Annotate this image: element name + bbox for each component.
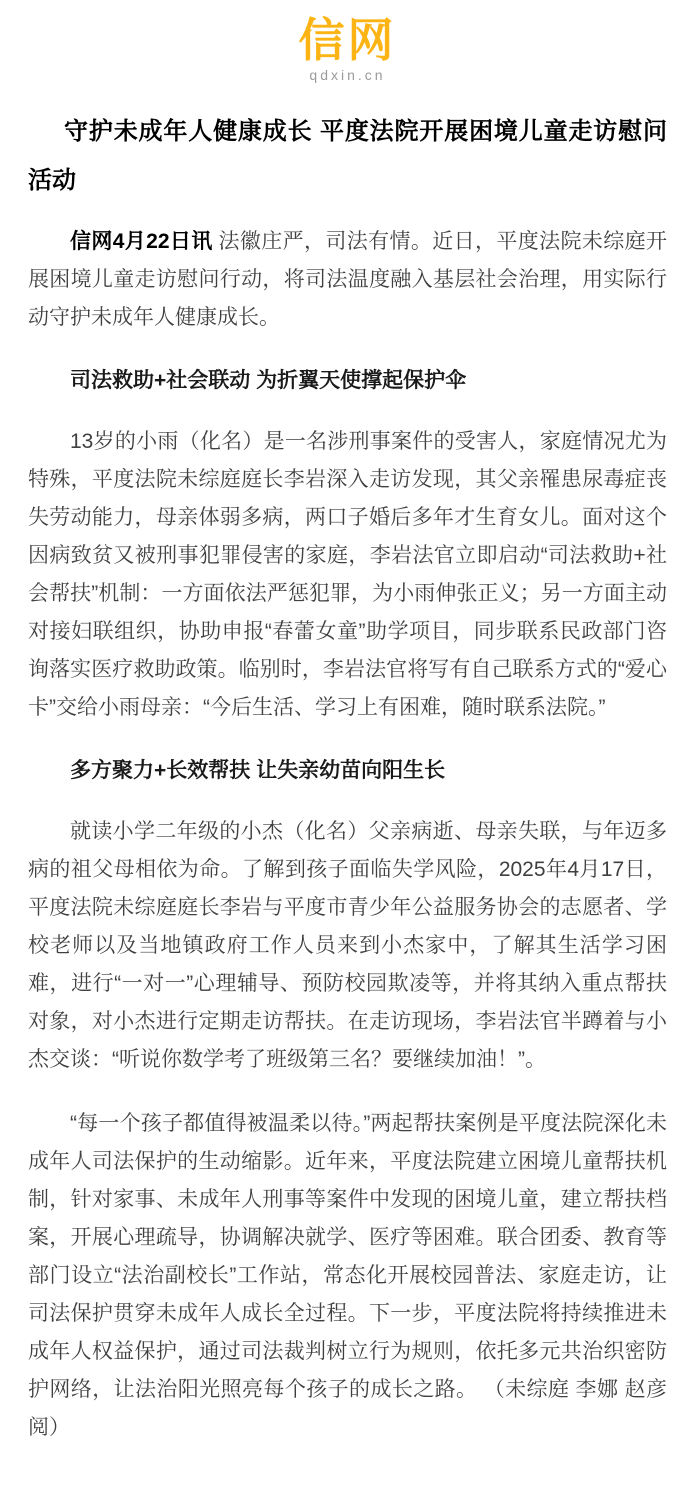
section-paragraph-xiaoyu: 13岁的小雨（化名）是一名涉刑事案件的受害人，家庭情况尤为特殊，平度法院未综庭庭… — [28, 423, 667, 727]
article-title: 守护未成年人健康成长 平度法院开展困境儿童走访慰问活动 — [28, 107, 667, 205]
intro-paragraph: 信网4月22日讯法徽庄严，司法有情。近日，平度法院未综庭开展困境儿童走访慰问行动… — [28, 223, 667, 337]
site-domain: qdxin.cn — [28, 67, 667, 83]
article-body: 守护未成年人健康成长 平度法院开展困境儿童走访慰问活动 信网4月22日讯法徽庄严… — [28, 107, 667, 1447]
article-page: 信网 qdxin.cn 守护未成年人健康成长 平度法院开展困境儿童走访慰问活动 … — [0, 0, 690, 1487]
section-paragraph-xiaojie: 就读小学二年级的小杰（化名）父亲病逝、母亲失联，与年迈多病的祖父母相依为命。了解… — [28, 813, 667, 1079]
site-logo[interactable]: 信网 — [299, 14, 397, 66]
section-heading-long-term-support: 多方聚力+长效帮扶 让失亲幼苗向阳生长 — [28, 755, 667, 787]
site-header: 信网 qdxin.cn — [28, 0, 667, 83]
dateline-lead: 信网4月22日讯 — [70, 230, 213, 253]
closing-paragraph: “每一个孩子都值得被温柔以待。”两起帮扶案例是平度法院深化未成年人司法保护的生动… — [28, 1105, 667, 1447]
section-heading-judicial-aid: 司法救助+社会联动 为折翼天使撑起保护伞 — [28, 365, 667, 397]
